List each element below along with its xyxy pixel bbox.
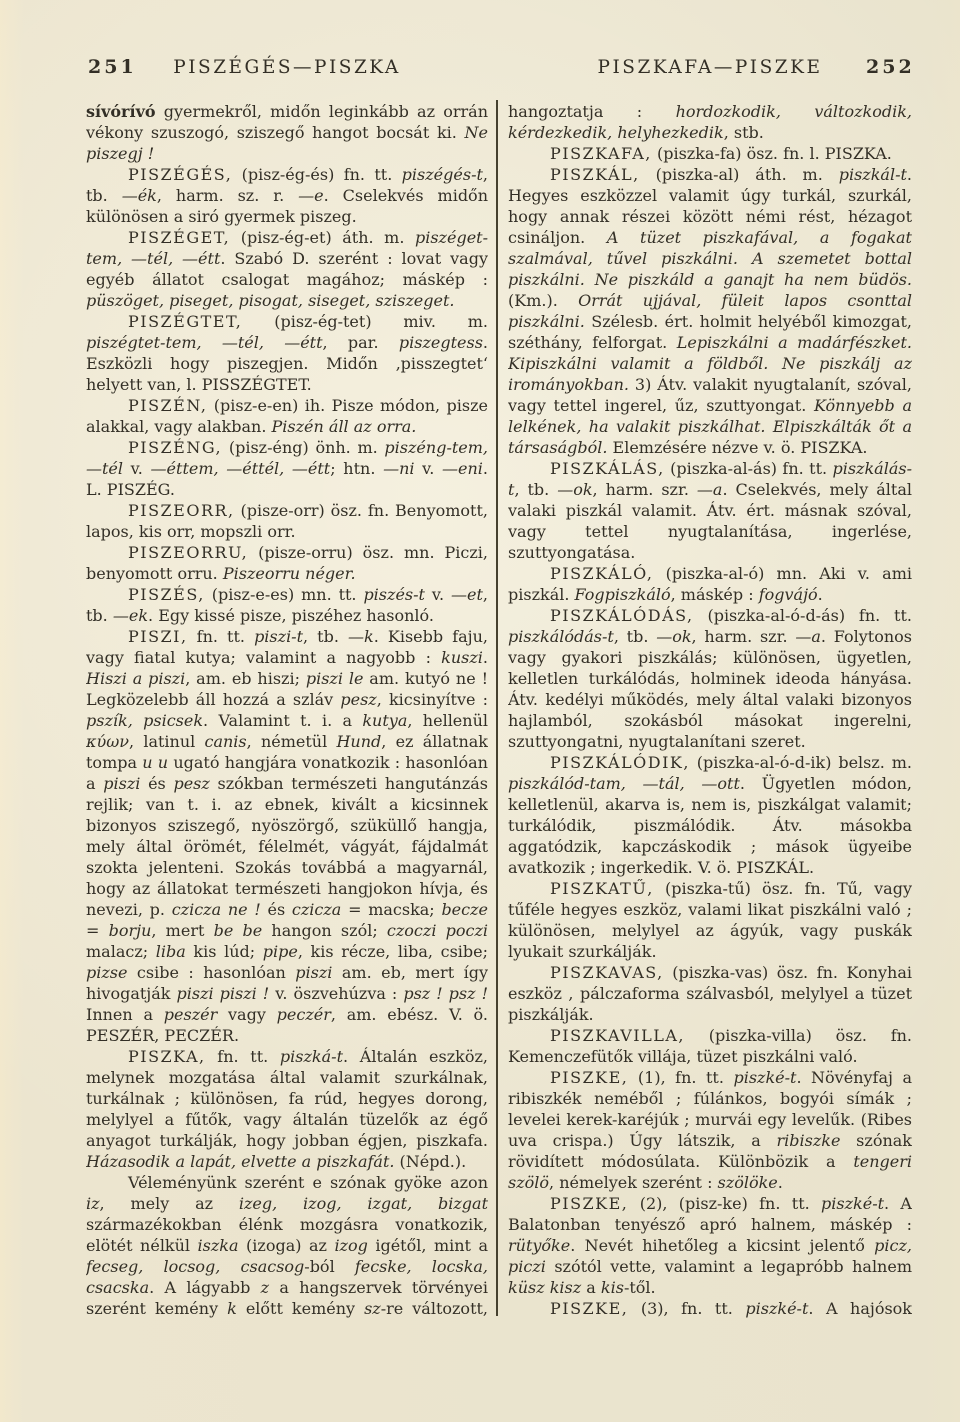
entry-headword: PISZKA, [128,1047,206,1066]
dictionary-paragraph: PISZKAFA, (piszka-fa) ösz. fn. l. PISZKA… [508,143,912,164]
text-segment: fn. tt. [206,1047,280,1066]
text-segment: püszöget, piseget, pisogat, siseget, szi… [86,291,454,310]
text-segment: piszké-t [733,1068,796,1087]
text-segment: fn. tt. [188,627,254,646]
text-segment: a [581,1278,601,1297]
text-segment: v. [123,459,151,478]
text-segment: (piszka-al-ó-d-ás) fn. tt. [694,606,912,625]
text-segment: czicza ne ! [172,900,261,919]
dictionary-paragraph: PISZKAVAS, (piszka-vas) ösz. fn. Konyhai… [508,962,912,1025]
text-segment: peczér [277,1005,331,1024]
text-segment: , tb. [303,627,348,646]
text-segment: . Valamint t. i. a [203,711,362,730]
dictionary-paragraph: PISZÉN, (pisz-e-en) ih. Pisze módon, pis… [86,395,488,437]
dictionary-paragraph: PISZKÁL, (piszka-al) áth. m. piszkál-t. … [508,164,912,458]
text-segment: (pisz-e-es) mn. tt. [205,585,364,604]
text-segment: piszkál-t [839,165,907,184]
text-segment: ; htn. [330,459,383,478]
text-segment: előtt kemény [237,1299,364,1318]
text-segment: Fogpiszkáló [575,585,671,604]
text-segment: vagy [217,1005,276,1024]
text-segment: . A lágyabb [149,1278,261,1297]
text-segment: piszi piszi ! [177,984,270,1003]
text-segment: piszi le [306,669,364,688]
text-segment: hangoztatja : [508,102,676,121]
dictionary-paragraph: PISZKA, fn. tt. piszká-t. Általán eszköz… [86,1046,488,1172]
text-segment: , harm. szr. [692,627,796,646]
text-segment: —a [697,480,723,499]
dictionary-paragraph: hangoztatja : hordozkodik, változkodik, … [508,101,912,143]
text-segment: piszkálódás-t [508,627,614,646]
text-segment: —ni [383,459,414,478]
text-segment: . Egy kissé pisze, piszéhez hasonló. [148,606,434,625]
text-segment: rütyőke [508,1236,570,1255]
dictionary-paragraph: PISZKE, (1), fn. tt. piszké-t. Növényfaj… [508,1067,912,1193]
text-segment: canis [204,732,246,751]
text-segment: (izoga) az [239,1236,335,1255]
text-segment: és [140,774,173,793]
text-segment: piszi [103,774,140,793]
text-segment: , harm. szr. [593,480,697,499]
text-segment: be be [214,921,263,940]
text-segment: iz [86,1194,100,1213]
dictionary-paragraph: PISZKAVILLA, (piszka-villa) ösz. fn. Kem… [508,1025,912,1067]
dictionary-paragraph: PISZKÁLÓDIK, (piszka-al-ó-d-ik) belsz. m… [508,752,912,878]
text-segment: piszké-t [745,1299,808,1318]
text-segment: szókban természeti hangutánzás rejlik; v… [86,774,488,919]
text-segment: (pisz-ég-tet) miv. m. [242,312,488,331]
text-segment: piszégés-t [402,165,483,184]
column-header-right: PISZKAFA—PISZKE [508,57,912,78]
entry-headword: PISZI, [128,627,188,646]
page-number-right: 252 [866,56,915,78]
text-segment: pipe [263,942,298,961]
text-segment: piszké-t [821,1194,884,1213]
dictionary-paragraph: PISZKATŰ, (piszka-tű) ösz. fn. Tű, vagy … [508,878,912,962]
text-segment: pesz [340,690,376,709]
left-column: sívórívó gyermekről, midőn leginkább az … [86,101,488,1321]
dictionary-paragraph: PISZÉGTET, (pisz-ég-tet) miv. m. piszégt… [86,311,488,395]
text-segment: v. öszvehúzva : [269,984,403,1003]
text-segment: (3), fn. tt. [628,1299,745,1318]
entry-headword: PISZÉS, [128,585,205,604]
text-segment: (piszka-al) áth. m. [640,165,839,184]
entry-headword: PISZKÁLÓ, [550,564,653,583]
text-segment: Innen a [86,1005,164,1024]
dictionary-paragraph: PISZÉGÉS, (pisz-ég-és) fn. tt. piszégés-… [86,164,488,227]
text-segment: hangon szól; [262,921,387,940]
text-segment: —éttem, —éttél, —étt [151,459,331,478]
dictionary-paragraph: PISZEORR, (pisze-orr) ösz. fn. Benyomott… [86,500,488,542]
dictionary-paragraph: PISZÉNG, (pisz-éng) önh. m. piszéng-tem,… [86,437,488,500]
text-segment: , par. [323,333,399,352]
text-segment: (Km.). [508,291,578,310]
entry-headword: PISZEORRU, [128,543,248,562]
text-segment: piszegtess [399,333,483,352]
entry-headword: PISZKÁL, [550,165,640,184]
text-segment: , mert [151,921,213,940]
entry-headword: PISZKE, [550,1194,628,1213]
text-segment: —ok [557,480,592,499]
entry-headword: PISZKAFA, [550,144,652,163]
text-segment: iszka [198,1236,239,1255]
text-segment: Véleményünk szerént e szónak gyöke azon [128,1173,488,1192]
entry-headword: PISZÉGÉS, [128,165,232,184]
entry-headword: PISZKÁLÁS, [550,459,665,478]
text-segment: és [261,900,292,919]
text-segment: kis lúd; [186,942,263,961]
text-segment: , máskép : [671,585,759,604]
text-segment: —eni [442,459,483,478]
text-segment: (pisz-ég-és) fn. tt. [232,165,401,184]
text-segment: izeg, izog, izgat, bizgat [239,1194,488,1213]
text-segment: ribiszke [777,1131,841,1150]
text-segment: rezeg, reszked ; izeg, vizeg, viszked ; … [86,1320,488,1321]
text-segment: sz [364,1299,381,1318]
text-segment: v. [425,585,451,604]
dictionary-paragraph: PISZÉGET, (pisz-ég-et) áth. m. piszéget-… [86,227,488,311]
text-segment: küsz kisz [508,1278,581,1297]
column-divider-rule [496,100,498,1316]
text-segment: κύων [86,732,129,751]
text-segment: piszkálód-tam, —tál, —ott [508,774,740,793]
text-segment: kuszi [441,648,483,667]
text-segment: , némelyek szerént : [549,1173,718,1192]
entry-headword: PISZKÁLÓDÁS, [550,606,694,625]
right-column: hangoztatja : hordozkodik, változkodik, … [508,101,912,1321]
text-segment: , tb. [514,480,557,499]
text-segment: piszi-t [254,627,303,646]
text-segment: szótól vette, valamint a legapróbb halne… [546,1257,912,1276]
text-segment: kutya [362,711,407,730]
text-segment: Piszén áll az orra. [272,417,417,436]
text-segment: z [261,1278,269,1297]
text-segment: becze [441,900,488,919]
text-segment: —ék [122,186,157,205]
text-segment: , am. eb hiszi; [185,669,306,688]
dictionary-paragraph: PISZKÁLÁS, (piszka-al-ás) fn. tt. piszká… [508,458,912,563]
dictionary-paragraph: PISZEORRU, (pisze-orru) ösz. mn. Piczi, … [86,542,488,584]
text-segment: sívórívó [86,102,156,121]
text-segment: piszégtet-tem, —tél, —étt [86,333,323,352]
text-segment: (pisz-ég-et) áth. m. [230,228,415,247]
text-segment: —k [348,627,374,646]
text-segment: —e [298,186,323,205]
text-segment: (piszka-fa) ösz. fn. l. PISZKA. [652,144,892,163]
entry-headword: PISZKE, [550,1299,628,1318]
entry-headword: PISZKÁLÓDIK, [550,753,690,772]
text-segment: peszér [164,1005,217,1024]
text-segment: , kicsinyítve : [377,690,488,709]
text-segment: , kis récze, liba, csibe; [298,942,488,961]
dictionary-paragraph: PISZKÁLÓDÁS, (piszka-al-ó-d-ás) fn. tt. … [508,605,912,752]
text-segment: v. [414,459,442,478]
text-segment: Hiszi a piszi [86,669,185,688]
text-segment: k [227,1299,237,1318]
text-segment: . [483,648,488,667]
text-segment: (2), (pisz-ke) fn. tt. [628,1194,821,1213]
text-segment: Hund [336,732,381,751]
dictionary-paragraph: Véleményünk szerént e szónak gyöke azon … [86,1172,488,1321]
text-segment: , stb. [724,123,764,142]
text-segment: = macska; [341,900,441,919]
text-segment: —ok [656,627,691,646]
text-segment: izog [334,1236,367,1255]
text-segment: Házasodik a lapát, elvette a piszkafát. [86,1152,394,1171]
text-segment: , németül [247,732,337,751]
entry-headword: PISZÉGET, [128,228,230,247]
text-segment: —a [795,627,821,646]
text-segment: = [86,921,109,940]
dictionary-paragraph: PISZKE, (2), (pisz-ke) fn. tt. piszké-t.… [508,1193,912,1298]
text-segment: fogvájó [759,585,818,604]
text-segment: malacz; [86,942,156,961]
text-segment: kis [601,1278,624,1297]
text-segment: , tb. [614,627,656,646]
column-header-left: PISZÉGÉS—PISZKA [86,57,488,78]
text-segment: pizse [86,963,127,982]
text-segment: , hellenül [407,711,488,730]
entry-headword: PISZKAVAS, [550,963,664,982]
text-segment: (piszka-al-ás) fn. tt. [665,459,833,478]
text-segment: igétől, mint a [368,1236,488,1255]
text-segment: liba [156,942,186,961]
dictionary-page: 251 PISZÉGÉS—PISZKA PISZKAFA—PISZKE 252 … [0,0,960,1422]
text-segment: pszík, psicsek [86,711,203,730]
dictionary-paragraph: PISZKÁLÓ, (piszka-al-ó) mn. Aki v. ami p… [508,563,912,605]
text-segment: szölöke [718,1173,778,1192]
text-segment: pesz [173,774,209,793]
dictionary-paragraph: sívórívó gyermekről, midőn leginkább az … [86,101,488,164]
text-segment: (Népd.). [394,1152,466,1171]
dictionary-paragraph: PISZI, fn. tt. piszi-t, tb. —k. Kisebb f… [86,626,488,1046]
text-segment: (piszka-al-ó-d-ik) belsz. m. [690,753,912,772]
dictionary-paragraph: PISZÉS, (pisz-e-es) mn. tt. piszés-t v. … [86,584,488,626]
dictionary-paragraph: PISZKE, (3), fn. tt. piszké-t. A hajósok… [508,1298,912,1321]
text-segment: psz ! psz ! [403,984,488,1003]
entry-headword: PISZKAVILLA, [550,1026,685,1045]
text-segment: , latinul [129,732,204,751]
text-segment: —ek [113,606,148,625]
text-segment: -ból [304,1257,355,1276]
text-segment: czicza [292,900,341,919]
text-segment: fecseg, locsog, csacsog [86,1257,304,1276]
entry-headword: PISZÉGTET, [128,312,242,331]
text-segment: -től. [624,1278,656,1297]
text-segment: (pisz-éng) önh. m. [222,438,384,457]
text-segment: . [778,1173,783,1192]
entry-headword: PISZKE, [550,1068,628,1087]
entry-headword: PISZÉN, [128,396,207,415]
text-segment: u u [142,753,168,772]
text-segment: , harm. sz. r. [157,186,298,205]
text-segment: piszi [295,963,332,982]
text-segment: . Nevét hihetőleg a kicsint jelentő [570,1236,874,1255]
text-segment: —et [451,585,483,604]
text-segment: piszká-t [280,1047,343,1066]
text-segment: , mely az [100,1194,239,1213]
entry-headword: PISZEORR, [128,501,235,520]
text-segment: . [818,585,823,604]
text-segment: (1), fn. tt. [628,1068,733,1087]
text-segment: piszés-t [363,585,425,604]
text-segment: borju [109,921,152,940]
text-segment: czoczi poczi [387,921,488,940]
text-segment: csibe : hasonlóan [127,963,295,982]
text-segment: Elemzésére nézve v. ö. PISZKA. [607,438,867,457]
text-segment: Piszeorru néger. [223,564,356,583]
entry-headword: PISZÉNG, [128,438,222,457]
entry-headword: PISZKATŰ, [550,879,654,898]
